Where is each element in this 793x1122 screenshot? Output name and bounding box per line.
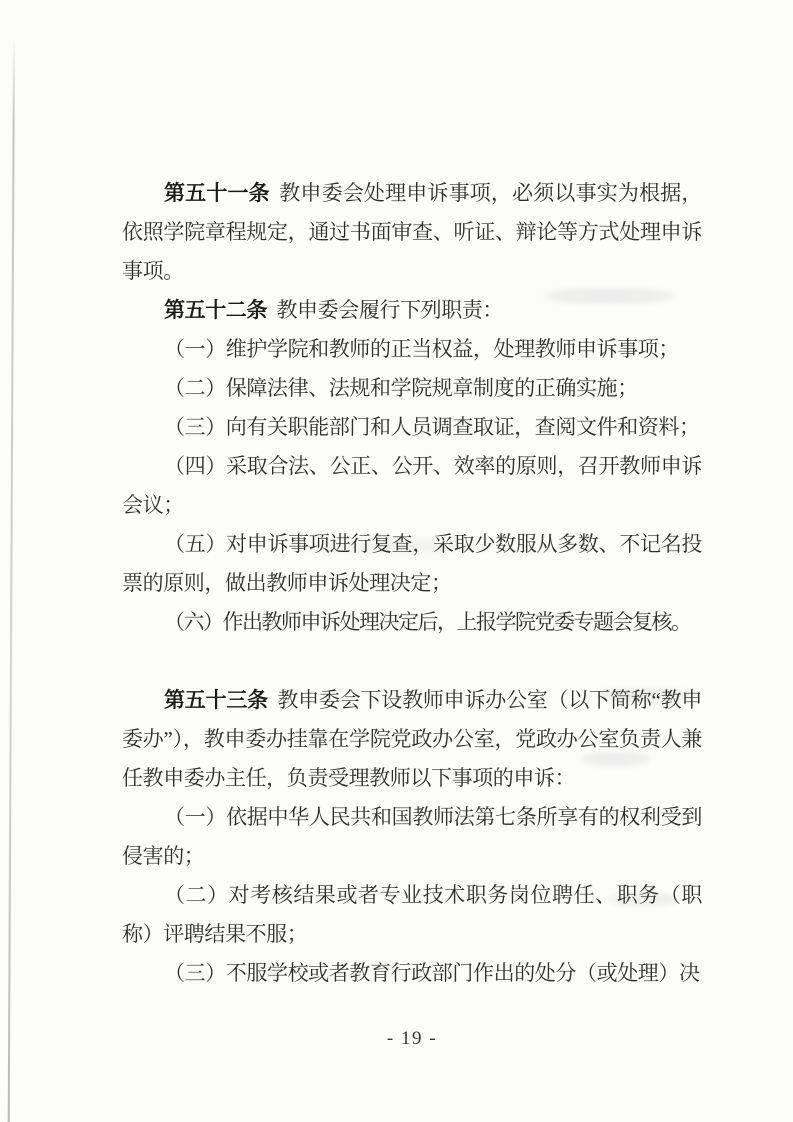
article-52-item-2-text: （二）保障法律、法规和学院规章制度的正确实施； [164,376,638,400]
scan-fold-line [8,36,15,1122]
article-51: 第五十一条教申委会处理申诉事项，必须以事实为根据，依照学院章程规定，通过书面审查… [122,174,702,291]
article-53: 第五十三条教申委会下设教师申诉办公室（以下简称“教申委办”），教申委办挂靠在学院… [122,681,702,798]
article-52-item-3-text: （三）向有关职能部门和人员调查取证，查阅文件和资料； [164,415,700,439]
article-52-item-2: （二）保障法律、法规和学院规章制度的正确实施； [122,369,702,408]
article-52-item-1-text: （一）维护学院和教师的正当权益，处理教师申诉事项； [164,337,679,361]
article-53-item-2-text: （二）对考核结果或者专业技术职务岗位聘任、职务（职称）评聘结果不服； [122,883,702,946]
document-page: 第五十一条教申委会处理申诉事项，必须以事实为根据，依照学院章程规定，通过书面审查… [122,174,702,993]
article-52-heading: 第五十二条 [164,299,267,322]
article-52-item-6-text: （六）作出教师申诉处理决定后，上报学院党委专题会复核。 [164,610,691,634]
article-53-item-3: （三）不服学校或者教育行政部门作出的处分（或处理）决 [122,954,702,993]
article-53-item-1: （一）依据中华人民共和国教师法第七条所享有的权利受到侵害的； [122,798,702,876]
article-52-item-6: （六）作出教师申诉处理决定后，上报学院党委专题会复核。 [122,603,702,642]
article-53-item-2: （二）对考核结果或者专业技术职务岗位聘任、职务（职称）评聘结果不服； [122,876,702,954]
article-52-item-3: （三）向有关职能部门和人员调查取证，查阅文件和资料； [122,408,702,447]
article-52-item-5-text: （五）对申诉事项进行复查，采取少数服从多数、不记名投票的原则，做出教师申诉处理决… [122,532,702,595]
article-52: 第五十二条教申委会履行下列职责： [122,291,702,330]
article-52-text: 教申委会履行下列职责： [276,298,503,322]
article-53-item-1-text: （一）依据中华人民共和国教师法第七条所享有的权利受到侵害的； [122,805,702,868]
article-51-heading: 第五十一条 [164,182,270,205]
article-52-item-5: （五）对申诉事项进行复查，采取少数服从多数、不记名投票的原则，做出教师申诉处理决… [122,525,702,603]
page-number: - 19 - [122,1028,702,1050]
article-53-heading: 第五十三条 [164,689,268,712]
paragraph-spacer [122,642,702,681]
article-52-item-4: （四）采取合法、公正、公开、效率的原则，召开教师申诉会议； [122,447,702,525]
article-53-item-3-text: （三）不服学校或者教育行政部门作出的处分（或处理）决 [164,961,700,985]
article-52-item-1: （一）维护学院和教师的正当权益，处理教师申诉事项； [122,330,702,369]
article-52-item-4-text: （四）采取合法、公正、公开、效率的原则，召开教师申诉会议； [122,454,702,517]
